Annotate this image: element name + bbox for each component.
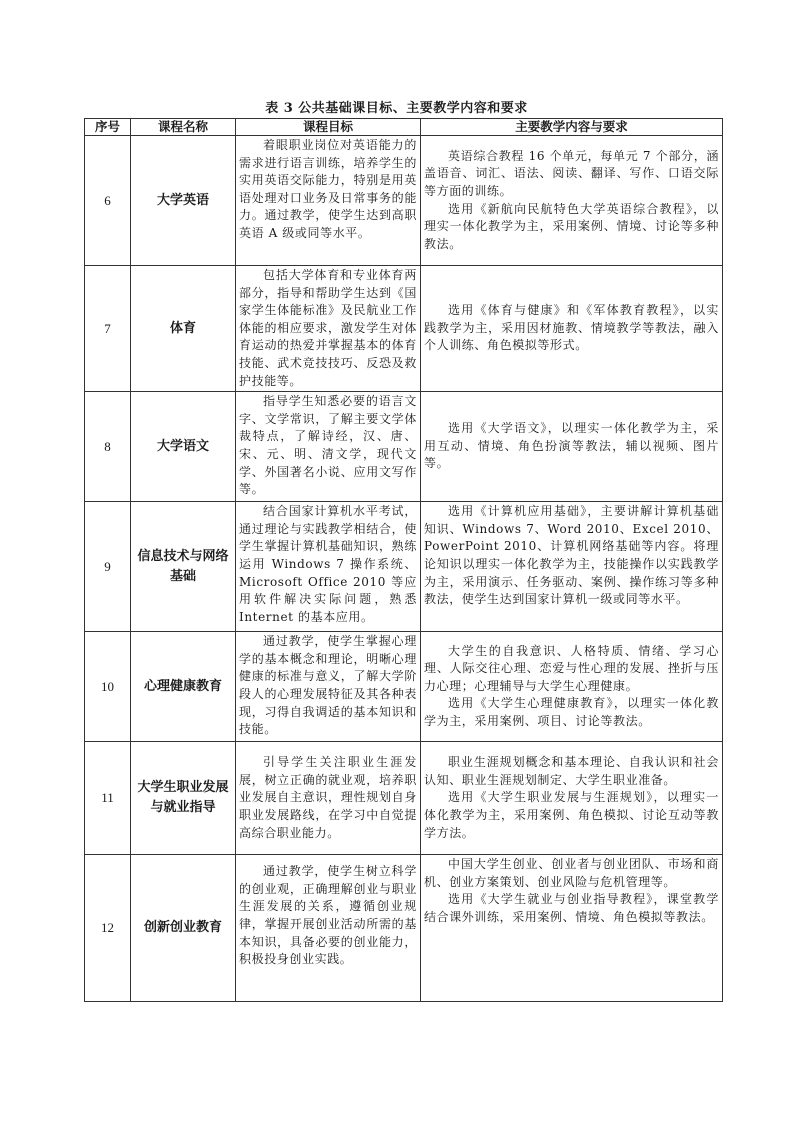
- course-name: 体育: [131, 266, 236, 392]
- course-name: 信息技术与网络基础: [131, 502, 236, 632]
- table-row: 10 心理健康教育 通过教学，使学生掌握心理学的基本概念和理论，明晰心理健康的标…: [85, 632, 723, 742]
- course-goal: 引导学生关注职业生涯发展，树立正确的就业观，培养职业发展自主意识，理性规划自身职…: [236, 742, 421, 855]
- course-name: 创新创业教育: [131, 855, 236, 1002]
- course-table: 序号 课程名称 课程目标 主要教学内容与要求 6 大学英语 着眼职业岗位对英语能…: [84, 118, 723, 1002]
- content-paragraph: 选用《大学生就业与创业指导教程》，课堂教学结合课外训练，采用案例、情境、角色模拟…: [424, 891, 719, 926]
- goal-text: 结合国家计算机水平考试，通过理论与实践教学相结合，使学生掌握计算机基础知识，熟练…: [239, 503, 417, 626]
- header-course-goal: 课程目标: [236, 119, 421, 136]
- course-name: 大学生职业发展与就业指导: [131, 742, 236, 855]
- course-goal: 包括大学体育和专业体育两部分，指导和帮助学生达到《国家学生体能标准》及民航业工作…: [236, 266, 421, 392]
- content-paragraph: 选用《大学生心理健康教育》，以理实一体化教学为主，采用案例、项目、讨论等教法。: [424, 695, 719, 730]
- goal-text: 通过教学，使学生掌握心理学的基本概念和理论，明晰心理健康的标准与意义，了解大学阶…: [239, 633, 417, 739]
- course-name: 大学语文: [131, 392, 236, 502]
- table-caption: 表 3 公共基础课目标、主要教学内容和要求: [0, 97, 793, 116]
- header-course-name: 课程名称: [131, 119, 236, 136]
- course-goal: 结合国家计算机水平考试，通过理论与实践教学相结合，使学生掌握计算机基础知识，熟练…: [236, 502, 421, 632]
- course-name: 大学英语: [131, 136, 236, 266]
- goal-text: 通过教学，使学生树立科学的创业观，正确理解创业与职业生涯发展的关系，遵循创业规律…: [239, 863, 417, 969]
- course-content: 选用《体育与健康》和《军体教育教程》，以实践教学为主，采用因材施教、情境教学等教…: [421, 266, 723, 392]
- content-paragraph: 选用《大学语文》，以理实一体化教学为主，采用互动、情境、角色扮演等教法，辅以视频…: [424, 420, 719, 473]
- course-goal: 通过教学，使学生掌握心理学的基本概念和理论，明晰心理健康的标准与意义，了解大学阶…: [236, 632, 421, 742]
- course-content: 英语综合教程 16 个单元，每单元 7 个部分，涵盖语音、词汇、语法、阅读、翻译…: [421, 136, 723, 266]
- table-header-row: 序号 课程名称 课程目标 主要教学内容与要求: [85, 119, 723, 136]
- table-row: 11 大学生职业发展与就业指导 引导学生关注职业生涯发展，树立正确的就业观，培养…: [85, 742, 723, 855]
- course-name: 心理健康教育: [131, 632, 236, 742]
- course-content: 选用《大学语文》，以理实一体化教学为主，采用互动、情境、角色扮演等教法，辅以视频…: [421, 392, 723, 502]
- content-paragraph: 大学生的自我意识、人格特质、情绪、学习心理、人际交往心理、恋爱与性心理的发展、挫…: [424, 643, 719, 696]
- table-row: 9 信息技术与网络基础 结合国家计算机水平考试，通过理论与实践教学相结合，使学生…: [85, 502, 723, 632]
- content-paragraph: 选用《计算机应用基础》，主要讲解计算机基础知识、Windows 7、Word 2…: [424, 503, 719, 609]
- row-num: 8: [85, 392, 131, 502]
- content-paragraph: 选用《大学生职业发展与生涯规划》，以理实一体化教学为主，采用案例、角色模拟、讨论…: [424, 789, 719, 842]
- goal-text: 引导学生关注职业生涯发展，树立正确的就业观，培养职业发展自主意识，理性规划自身职…: [239, 754, 417, 842]
- goal-text: 着眼职业岗位对英语能力的需求进行语言训练，培养学生的实用英语交际能力，特别是用英…: [239, 137, 417, 243]
- course-goal: 通过教学，使学生树立科学的创业观，正确理解创业与职业生涯发展的关系，遵循创业规律…: [236, 855, 421, 1002]
- course-content: 中国大学生创业、创业者与创业团队、市场和商机、创业方案策划、创业风险与危机管理等…: [421, 855, 723, 1002]
- course-content: 大学生的自我意识、人格特质、情绪、学习心理、人际交往心理、恋爱与性心理的发展、挫…: [421, 632, 723, 742]
- content-paragraph: 中国大学生创业、创业者与创业团队、市场和商机、创业方案策划、创业风险与危机管理等…: [424, 856, 719, 891]
- row-num: 7: [85, 266, 131, 392]
- table-row: 6 大学英语 着眼职业岗位对英语能力的需求进行语言训练，培养学生的实用英语交际能…: [85, 136, 723, 266]
- header-course-content: 主要教学内容与要求: [421, 119, 723, 136]
- row-num: 6: [85, 136, 131, 266]
- course-goal: 指导学生知悉必要的语言文字、文学常识，了解主要文学体裁特点，了解诗经，汉、唐、宋…: [236, 392, 421, 502]
- content-paragraph: 选用《新航向民航特色大学英语综合教程》，以理实一体化教学为主，采用案例、情境、讨…: [424, 201, 719, 254]
- row-num: 11: [85, 742, 131, 855]
- content-paragraph: 选用《体育与健康》和《军体教育教程》，以实践教学为主，采用因材施教、情境教学等教…: [424, 302, 719, 355]
- course-content: 选用《计算机应用基础》，主要讲解计算机基础知识、Windows 7、Word 2…: [421, 502, 723, 632]
- course-content: 职业生涯规划概念和基本理论、自我认识和社会认知、职业生涯规划制定、大学生职业准备…: [421, 742, 723, 855]
- row-num: 10: [85, 632, 131, 742]
- table-row: 7 体育 包括大学体育和专业体育两部分，指导和帮助学生达到《国家学生体能标准》及…: [85, 266, 723, 392]
- table-row: 8 大学语文 指导学生知悉必要的语言文字、文学常识，了解主要文学体裁特点，了解诗…: [85, 392, 723, 502]
- table-row: 12 创新创业教育 通过教学，使学生树立科学的创业观，正确理解创业与职业生涯发展…: [85, 855, 723, 1002]
- row-num: 9: [85, 502, 131, 632]
- header-num: 序号: [85, 119, 131, 136]
- content-paragraph: 职业生涯规划概念和基本理论、自我认识和社会认知、职业生涯规划制定、大学生职业准备…: [424, 754, 719, 789]
- row-num: 12: [85, 855, 131, 1002]
- goal-text: 包括大学体育和专业体育两部分，指导和帮助学生达到《国家学生体能标准》及民航业工作…: [239, 267, 417, 390]
- content-paragraph: 英语综合教程 16 个单元，每单元 7 个部分，涵盖语音、词汇、语法、阅读、翻译…: [424, 148, 719, 201]
- course-goal: 着眼职业岗位对英语能力的需求进行语言训练，培养学生的实用英语交际能力，特别是用英…: [236, 136, 421, 266]
- goal-text: 指导学生知悉必要的语言文字、文学常识，了解主要文学体裁特点，了解诗经，汉、唐、宋…: [239, 393, 417, 499]
